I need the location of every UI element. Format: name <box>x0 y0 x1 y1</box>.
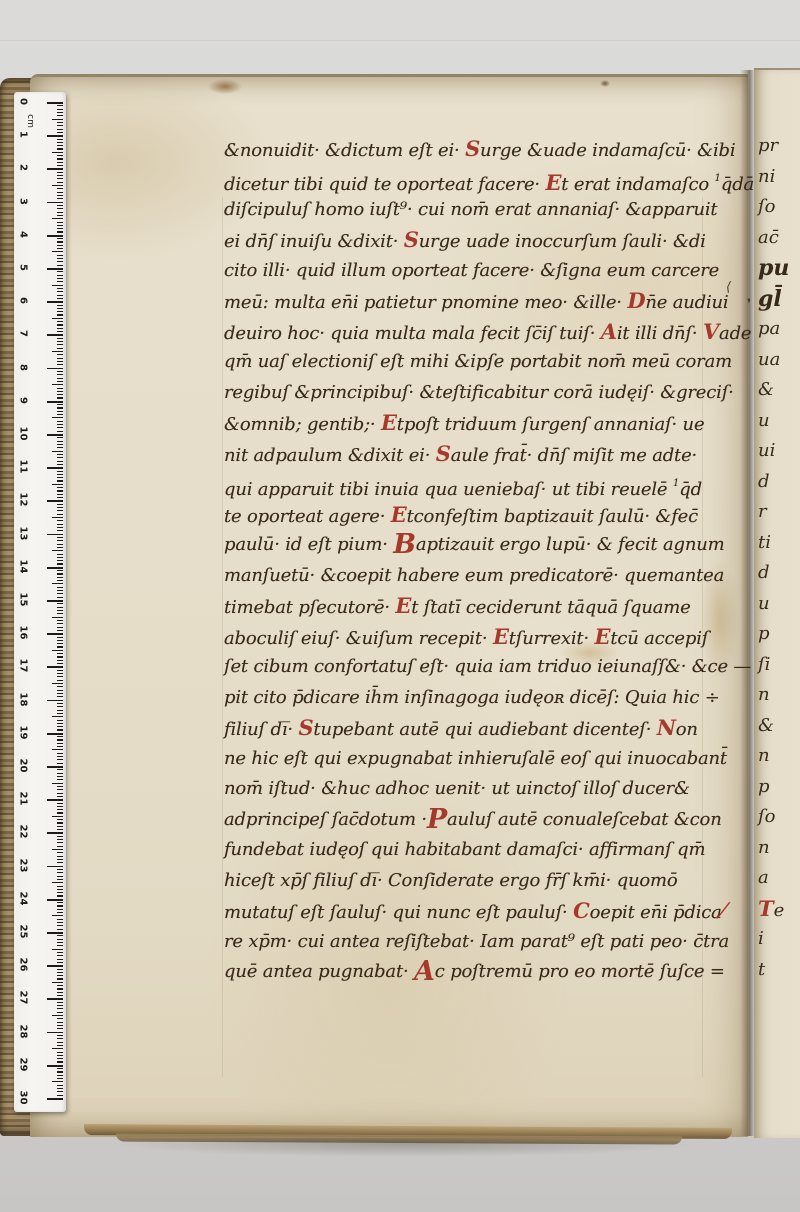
ruler-mm-tick <box>57 729 64 730</box>
text-run: u <box>758 593 770 614</box>
ruler-cm-tick <box>47 202 63 204</box>
ruler-number-29: 29 <box>18 1056 29 1072</box>
text-run: diſcipuluſ homo iuſt⁹· cui nom̄ erat ann… <box>224 199 717 220</box>
ruler-mm-tick <box>57 358 64 359</box>
ruler-mm-tick <box>57 992 64 993</box>
ruler-mm-tick <box>57 142 64 143</box>
ruler-cm-tick <box>47 998 63 1000</box>
ruler-mm-tick <box>57 693 64 694</box>
text-run: gl̄ <box>758 286 782 312</box>
ruler-mm-tick <box>57 955 64 956</box>
facing-fragment-27: i <box>758 924 764 955</box>
text-run: oepit en̄i p̄dica <box>590 902 722 923</box>
ruler-mm-tick <box>57 836 64 837</box>
ruler-mm-tick <box>57 255 64 256</box>
ruler-mm-tick <box>57 995 64 996</box>
ruler-mm-tick <box>57 620 64 621</box>
ruler-mm-tick <box>57 922 64 923</box>
ruler-number-17: 17 <box>18 658 29 674</box>
facing-fragment-10: u <box>758 406 770 437</box>
ruler-mm-tick <box>52 384 63 385</box>
ruler-number-24: 24 <box>18 890 29 906</box>
ruler-cm-tick <box>47 401 63 403</box>
text-run: paulū· id eſt pium· <box>224 534 393 555</box>
ruler-mm-tick <box>52 849 63 850</box>
ruler-mm-tick <box>57 198 64 199</box>
text-run: n̄e audiui <box>645 292 728 313</box>
manuscript-line-16: timebat pſecutorē· Et ſtatī ceciderunt t… <box>224 591 691 622</box>
ruler-number-10: 10 <box>18 426 29 442</box>
manuscript-photo: &nonuidit· &dictum eſt ei· Surge &uade i… <box>0 0 800 1212</box>
ruler-mm-tick <box>57 972 64 973</box>
ruler-mm-tick <box>57 713 64 714</box>
rubric-initial: S <box>298 715 313 740</box>
ruler-mm-tick <box>57 789 64 790</box>
ruler-mm-tick <box>57 670 64 671</box>
ruler-mm-tick <box>57 212 64 213</box>
facing-fragment-19: n <box>758 680 770 711</box>
text-run: it illi dn̄ſ· <box>617 323 703 344</box>
rubric-initial: D <box>627 288 645 313</box>
text-run: &omnib; gentib;· <box>224 414 381 435</box>
text-run: urge uade inoccurſum ſauli· &di <box>419 231 706 252</box>
text-run: ti <box>758 532 771 553</box>
ruler-mm-tick <box>57 593 64 594</box>
ruler-number-9: 9 <box>18 392 29 408</box>
ruler-cm-tick <box>47 1098 63 1100</box>
ruler-mm-tick <box>57 105 64 106</box>
ruler-mm-tick <box>57 457 64 458</box>
ruler-mm-tick <box>57 1075 64 1076</box>
text-run: tpoſt triduum ſurgenſ annaniaſ· ue <box>397 414 705 435</box>
text-run: q̄dā <box>721 174 754 195</box>
manuscript-line-4: ei dn̄ſ inuiſu &dixit· Surge uade inoccu… <box>224 225 706 256</box>
facing-fragment-26: Te <box>758 894 784 925</box>
ruler-mm-tick <box>57 812 64 813</box>
ruler-mm-tick <box>57 344 64 345</box>
ruler-mm-tick <box>57 1071 64 1072</box>
text-run: aule frat̄· dn̄ſ miſit me adte· <box>451 445 697 466</box>
facing-fragment-23: ſo <box>758 802 776 833</box>
ruler-mm-tick <box>57 819 64 820</box>
ruler-number-15: 15 <box>18 592 29 608</box>
ruler-cm-tick <box>47 500 63 502</box>
facing-fragment-11: ui <box>758 436 775 467</box>
ruler-mm-tick <box>57 756 64 757</box>
ruler-mm-tick <box>57 1042 64 1043</box>
ruler-mm-tick <box>52 982 63 983</box>
ruler-cm-tick <box>47 832 63 834</box>
ruler-mm-tick <box>57 1088 64 1089</box>
ruler-mm-tick <box>57 975 64 976</box>
ruler-mm-tick <box>57 706 64 707</box>
ruler-mm-tick <box>57 1095 64 1096</box>
ruler-mm-tick <box>57 1085 64 1086</box>
manuscript-line-9: regibuſ &principibuſ· &teſtificabitur co… <box>224 378 734 409</box>
text-run: mutatuſ eſt ſauluſ· qui nunc eſt pauluſ· <box>224 902 573 923</box>
ruler-mm-tick <box>57 909 64 910</box>
facing-fragment-18: ſi <box>758 650 770 681</box>
ruler-mm-tick <box>57 298 64 299</box>
ruler-mm-tick <box>57 726 64 727</box>
ruler-mm-tick <box>57 710 64 711</box>
manuscript-line-22: nom̄ iſtud· &huc adhoc uenit· ut uinctoſ… <box>224 774 690 805</box>
text-run: tupebant autē qui audiebant dicenteſ· <box>313 719 656 740</box>
ruler-number-14: 14 <box>18 558 29 574</box>
ruler-mm-tick <box>57 630 64 631</box>
ruler-mm-tick <box>57 348 64 349</box>
ruler-mm-tick <box>57 822 64 823</box>
ruler-mm-tick <box>57 746 64 747</box>
rubric-initial: P <box>427 804 447 835</box>
ruler-mm-tick <box>57 646 64 647</box>
ruler-mm-tick <box>57 547 64 548</box>
text-run: &nonuidit· &dictum eſt ei· <box>224 140 465 161</box>
ruler-mm-tick <box>57 540 64 541</box>
ruler-mm-tick <box>57 905 64 906</box>
text-run: ua <box>758 349 780 370</box>
ruler-mm-tick <box>57 753 64 754</box>
manuscript-line-8: qm̄ uaſ electioniſ eſt mihi &ipſe portab… <box>224 347 732 378</box>
ruler-mm-tick <box>57 305 64 306</box>
ruler-cm-tick <box>47 700 63 702</box>
rubric-initial: T <box>758 896 774 921</box>
text-run: d <box>758 471 770 492</box>
ruler-mm-tick <box>57 723 64 724</box>
ruler-cm-tick <box>47 932 63 934</box>
ruler-mm-tick <box>57 1002 64 1003</box>
ruler-mm-tick <box>57 447 64 448</box>
text-run: auluſ autē conualeſcebat &con <box>447 809 722 830</box>
ruler-mm-tick <box>57 388 64 389</box>
facing-fragment-20: & <box>758 711 774 742</box>
ruler-mm-tick <box>57 354 64 355</box>
text-run: n <box>758 684 770 705</box>
manuscript-line-20: filiuſ di̅· Stupebant autē qui audiebant… <box>224 713 698 744</box>
text-run: & <box>758 379 774 400</box>
ruler-mm-tick <box>57 321 64 322</box>
manuscript-line-7: deuiro hoc· quia multa mala fecit ſc̄iſ … <box>224 317 751 348</box>
text-run: p <box>758 776 770 797</box>
ruler-mm-tick <box>57 577 64 578</box>
ruler-cm-tick <box>47 268 63 270</box>
facing-fragment-3: ſo <box>758 192 776 223</box>
ruler-mm-tick <box>57 530 64 531</box>
ruler-mm-tick <box>57 314 64 315</box>
text-run: r <box>758 501 767 522</box>
ruler-mm-tick <box>57 603 64 604</box>
ruler-mm-tick <box>57 623 64 624</box>
ruler-mm-tick <box>57 265 64 266</box>
ruler-number-0: 0 <box>18 94 29 110</box>
ruler-mm-tick <box>57 640 64 641</box>
text-run: adprincipeſ ſac̄dotum · <box>224 809 427 830</box>
ruler-mm-tick <box>57 1068 64 1069</box>
text-run: pu <box>758 255 789 281</box>
ruler-mm-tick <box>57 222 64 223</box>
ruler-mm-tick <box>52 119 63 120</box>
ruler-mm-tick <box>57 1005 64 1006</box>
ruler-cm-tick <box>47 666 63 668</box>
manuscript-line-6: meū: multa en̄i patietur pnomine meo· &i… <box>224 286 728 317</box>
ruler-mm-tick <box>57 407 64 408</box>
ruler-mm-tick <box>57 763 64 764</box>
rubric-initial: ⁄ <box>722 898 725 923</box>
ruler-mm-tick <box>52 749 63 750</box>
ruler-mm-tick <box>57 660 64 661</box>
ruler-mm-tick <box>57 394 64 395</box>
ruler-mm-tick <box>57 627 64 628</box>
text-run: u <box>758 410 770 431</box>
rubric-initial: A <box>601 319 617 344</box>
ruler-mm-tick <box>57 205 64 206</box>
ruler-mm-tick <box>57 182 64 183</box>
text-run: on <box>676 719 698 740</box>
text-run: pit cito p̄dicare ih̄m inſinagoga iudęoʀ… <box>224 687 720 708</box>
ruler-mm-tick <box>57 364 64 365</box>
ruler-mm-tick <box>52 1048 63 1049</box>
text-run: quē antea pugnabat· <box>224 961 414 982</box>
ruler-mm-tick <box>57 411 64 412</box>
ruler-mm-tick <box>57 444 64 445</box>
ruler-number-2: 2 <box>18 160 29 176</box>
ruler-mm-tick <box>52 617 63 618</box>
text-run: c poſtremū pro eo mortē ſuſce = <box>435 961 725 982</box>
facing-fragment-6: gl̄ <box>758 284 782 315</box>
ruler-mm-tick <box>57 424 64 425</box>
ruler-cm-tick <box>47 467 63 469</box>
ruler-mm-tick <box>57 686 64 687</box>
ruler-cm-tick <box>47 799 63 801</box>
ruler-mm-tick <box>57 680 64 681</box>
ruler-mm-tick <box>57 590 64 591</box>
facing-fragment-9: & <box>758 375 774 406</box>
ruler-mm-tick <box>57 178 64 179</box>
ruler-number-5: 5 <box>18 260 29 276</box>
ruler-mm-tick <box>57 663 64 664</box>
text-run: t <box>758 959 765 980</box>
ruler-cm-tick <box>47 965 63 967</box>
ruler-mm-tick <box>57 1008 64 1009</box>
text-run: pa <box>758 318 780 339</box>
text-run: aboculiſ eiuſ· &uiſum recepit· <box>224 628 493 649</box>
ruler-mm-tick <box>57 557 64 558</box>
ruler-mm-tick <box>57 115 64 116</box>
manuscript-line-11: nit adpaulum &dixit ei· Saule frat̄· dn̄… <box>224 439 697 470</box>
ruler-mm-tick <box>57 779 64 780</box>
ruler-mm-tick <box>57 826 64 827</box>
ruler-mm-tick <box>57 886 64 887</box>
ruler-mm-tick <box>57 461 64 462</box>
text-run: urge &uade indamaſcū· &ibi <box>480 140 735 161</box>
text-run: nom̄ iſtud· &huc adhoc uenit· ut uinctoſ… <box>224 778 690 799</box>
text-run: t erat indamaſco <box>561 174 714 195</box>
text-run: dicetur tibi quid te oporteat facere· <box>224 174 545 195</box>
ruler-mm-tick <box>57 925 64 926</box>
ruler-mm-tick <box>57 361 64 362</box>
text-run: meū: multa en̄i patietur pnomine meo· &i… <box>224 292 627 313</box>
text-run: manſuetū· &coepit habere eum predicatorē… <box>224 565 724 586</box>
facing-fragment-25: a <box>758 863 769 894</box>
rubric-initial: E <box>395 593 411 618</box>
ruler-mm-tick <box>57 208 64 209</box>
ruler-mm-tick <box>57 1052 64 1053</box>
text-run: ei dn̄ſ inuiſu &dixit· <box>224 231 404 252</box>
manuscript-line-3: diſcipuluſ homo iuſt⁹· cui nom̄ erat ann… <box>224 195 717 226</box>
manuscript-line-15: manſuetū· &coepit habere eum predicatorē… <box>224 561 724 592</box>
ruler-cm-tick <box>47 301 63 303</box>
manuscript-line-10: &omnib; gentib;· Etpoſt triduum ſurgenſ … <box>224 408 704 439</box>
ruler-mm-tick <box>57 892 64 893</box>
ruler-mm-tick <box>52 185 63 186</box>
ruler-number-18: 18 <box>18 691 29 707</box>
ruler-mm-tick <box>57 739 64 740</box>
text-run: ade <box>719 323 751 344</box>
ruler-mm-tick <box>57 580 64 581</box>
facing-fragment-14: ti <box>758 528 771 559</box>
ruler-mm-tick <box>57 175 64 176</box>
text-block: &nonuidit· &dictum eſt ei· Surge &uade i… <box>0 0 800 1212</box>
text-run: q̄d <box>679 479 702 500</box>
ruler-mm-tick <box>57 537 64 538</box>
ruler-mm-tick <box>57 1055 64 1056</box>
rubric-initial: S <box>404 227 419 252</box>
ruler-mm-tick <box>57 125 64 126</box>
ruler-mm-tick <box>57 560 64 561</box>
text-run: p <box>758 623 770 644</box>
ruler-mm-tick <box>57 793 64 794</box>
ruler-mm-tick <box>57 912 64 913</box>
rubric-initial: B <box>393 529 416 560</box>
ruler-cm-tick <box>47 633 63 635</box>
ruler-cm-tick <box>47 434 63 436</box>
text-run: filiuſ di̅· <box>224 719 298 740</box>
rubric-initial: E <box>545 170 561 195</box>
ruler-mm-tick <box>57 942 64 943</box>
ruler-mm-tick <box>52 783 63 784</box>
ruler-mm-tick <box>57 806 64 807</box>
ruler-mm-tick <box>57 839 64 840</box>
ruler-mm-tick <box>57 225 64 226</box>
ruler-mm-tick <box>57 939 64 940</box>
rubric-initial: E <box>493 624 509 649</box>
ruler-cm-tick <box>47 899 63 901</box>
ruler-number-28: 28 <box>18 1023 29 1039</box>
ruler-mm-tick <box>57 643 64 644</box>
ruler-mm-tick <box>52 285 63 286</box>
ruler-mm-tick <box>52 915 63 916</box>
ruler-mm-tick <box>57 195 64 196</box>
ruler-mm-tick <box>57 773 64 774</box>
ruler-mm-tick <box>57 215 64 216</box>
ruler-mm-tick <box>57 188 64 189</box>
ruler-mm-tick <box>57 228 64 229</box>
text-run: qm̄ uaſ electioniſ eſt mihi &ipſe portab… <box>224 351 732 372</box>
ruler-mm-tick <box>57 122 64 123</box>
ruler-cm-tick <box>47 168 63 170</box>
ruler-mm-tick <box>57 311 64 312</box>
ruler-mm-tick <box>57 391 64 392</box>
ruler-mm-tick <box>57 427 64 428</box>
ruler-mm-tick <box>57 281 64 282</box>
ruler-mm-tick <box>57 846 64 847</box>
ruler-mm-tick <box>52 683 63 684</box>
ruler-mm-tick <box>57 978 64 979</box>
ruler-mm-tick <box>57 158 64 159</box>
ruler-cm-tick <box>47 733 63 735</box>
ruler-mm-tick <box>57 563 64 564</box>
facing-fragment-2: ni <box>758 162 775 193</box>
text-run: ſi <box>758 654 770 675</box>
ruler-number-3: 3 <box>18 193 29 209</box>
ruler-mm-tick <box>57 573 64 574</box>
ruler-mm-tick <box>52 816 63 817</box>
ruler-mm-tick <box>57 162 64 163</box>
ruler-mm-tick <box>57 610 64 611</box>
ruler-mm-tick <box>52 716 63 717</box>
text-run: re xp̄m· cui antea reſiſtebat· Iam parat… <box>224 931 729 952</box>
ruler-mm-tick <box>52 882 63 883</box>
facing-fragment-12: d <box>758 467 770 498</box>
ruler-mm-tick <box>57 248 64 249</box>
ruler-mm-tick <box>57 919 64 920</box>
text-run: qui apparuit tibi inuia qua ueniebaſ· ut… <box>224 479 673 500</box>
ruler-mm-tick <box>57 929 64 930</box>
ruler-mm-tick <box>52 583 63 584</box>
ruler-mm-tick <box>57 172 64 173</box>
text-run: a <box>758 867 769 888</box>
ruler-mm-tick <box>57 769 64 770</box>
ruler-mm-tick <box>57 497 64 498</box>
ruler-number-12: 12 <box>18 492 29 508</box>
ruler-mm-tick <box>57 869 64 870</box>
ruler-mm-tick <box>57 842 64 843</box>
ruler-mm-tick <box>57 507 64 508</box>
manuscript-line-28: quē antea pugnabat· Ac poſtremū pro eo m… <box>224 957 725 988</box>
text-run: tcū accepiſ <box>610 628 708 649</box>
ruler-mm-tick <box>57 554 64 555</box>
rubric-initial: C <box>573 898 590 923</box>
facing-fragment-22: p <box>758 772 770 803</box>
ruler-mm-tick <box>57 743 64 744</box>
text-run: tſurrexit· <box>509 628 595 649</box>
text-run: nit adpaulum &dixit ei· <box>224 445 436 466</box>
text-run: fundebat iudęoſ qui habitabant damaſci· … <box>224 839 705 860</box>
ruler-mm-tick <box>57 859 64 860</box>
ruler-mm-tick <box>57 258 64 259</box>
ruler-number-25: 25 <box>18 924 29 940</box>
ruler-mm-tick <box>52 949 63 950</box>
manuscript-line-2: dicetur tibi quid te oporteat facere· Et… <box>224 164 754 195</box>
ruler-mm-tick <box>57 852 64 853</box>
text-run: i <box>758 928 764 949</box>
ruler-mm-tick <box>57 520 64 521</box>
ruler-mm-tick <box>57 464 64 465</box>
ruler-mm-tick <box>57 673 64 674</box>
text-run: ſet cibum confortatuſ eſt· quia iam trid… <box>224 656 751 677</box>
ruler-mm-tick <box>52 484 63 485</box>
ruler-number-4: 4 <box>18 226 29 242</box>
ruler-mm-tick <box>57 245 64 246</box>
ruler-mm-tick <box>57 1038 64 1039</box>
ruler-number-1: 1 <box>18 127 29 143</box>
ruler-mm-tick <box>57 613 64 614</box>
ruler-mm-tick <box>57 437 64 438</box>
ruler-cm-tick <box>47 1065 63 1067</box>
ruler-mm-tick <box>57 381 64 382</box>
ruler-mm-tick <box>57 759 64 760</box>
ruler-mm-tick <box>52 1015 63 1016</box>
